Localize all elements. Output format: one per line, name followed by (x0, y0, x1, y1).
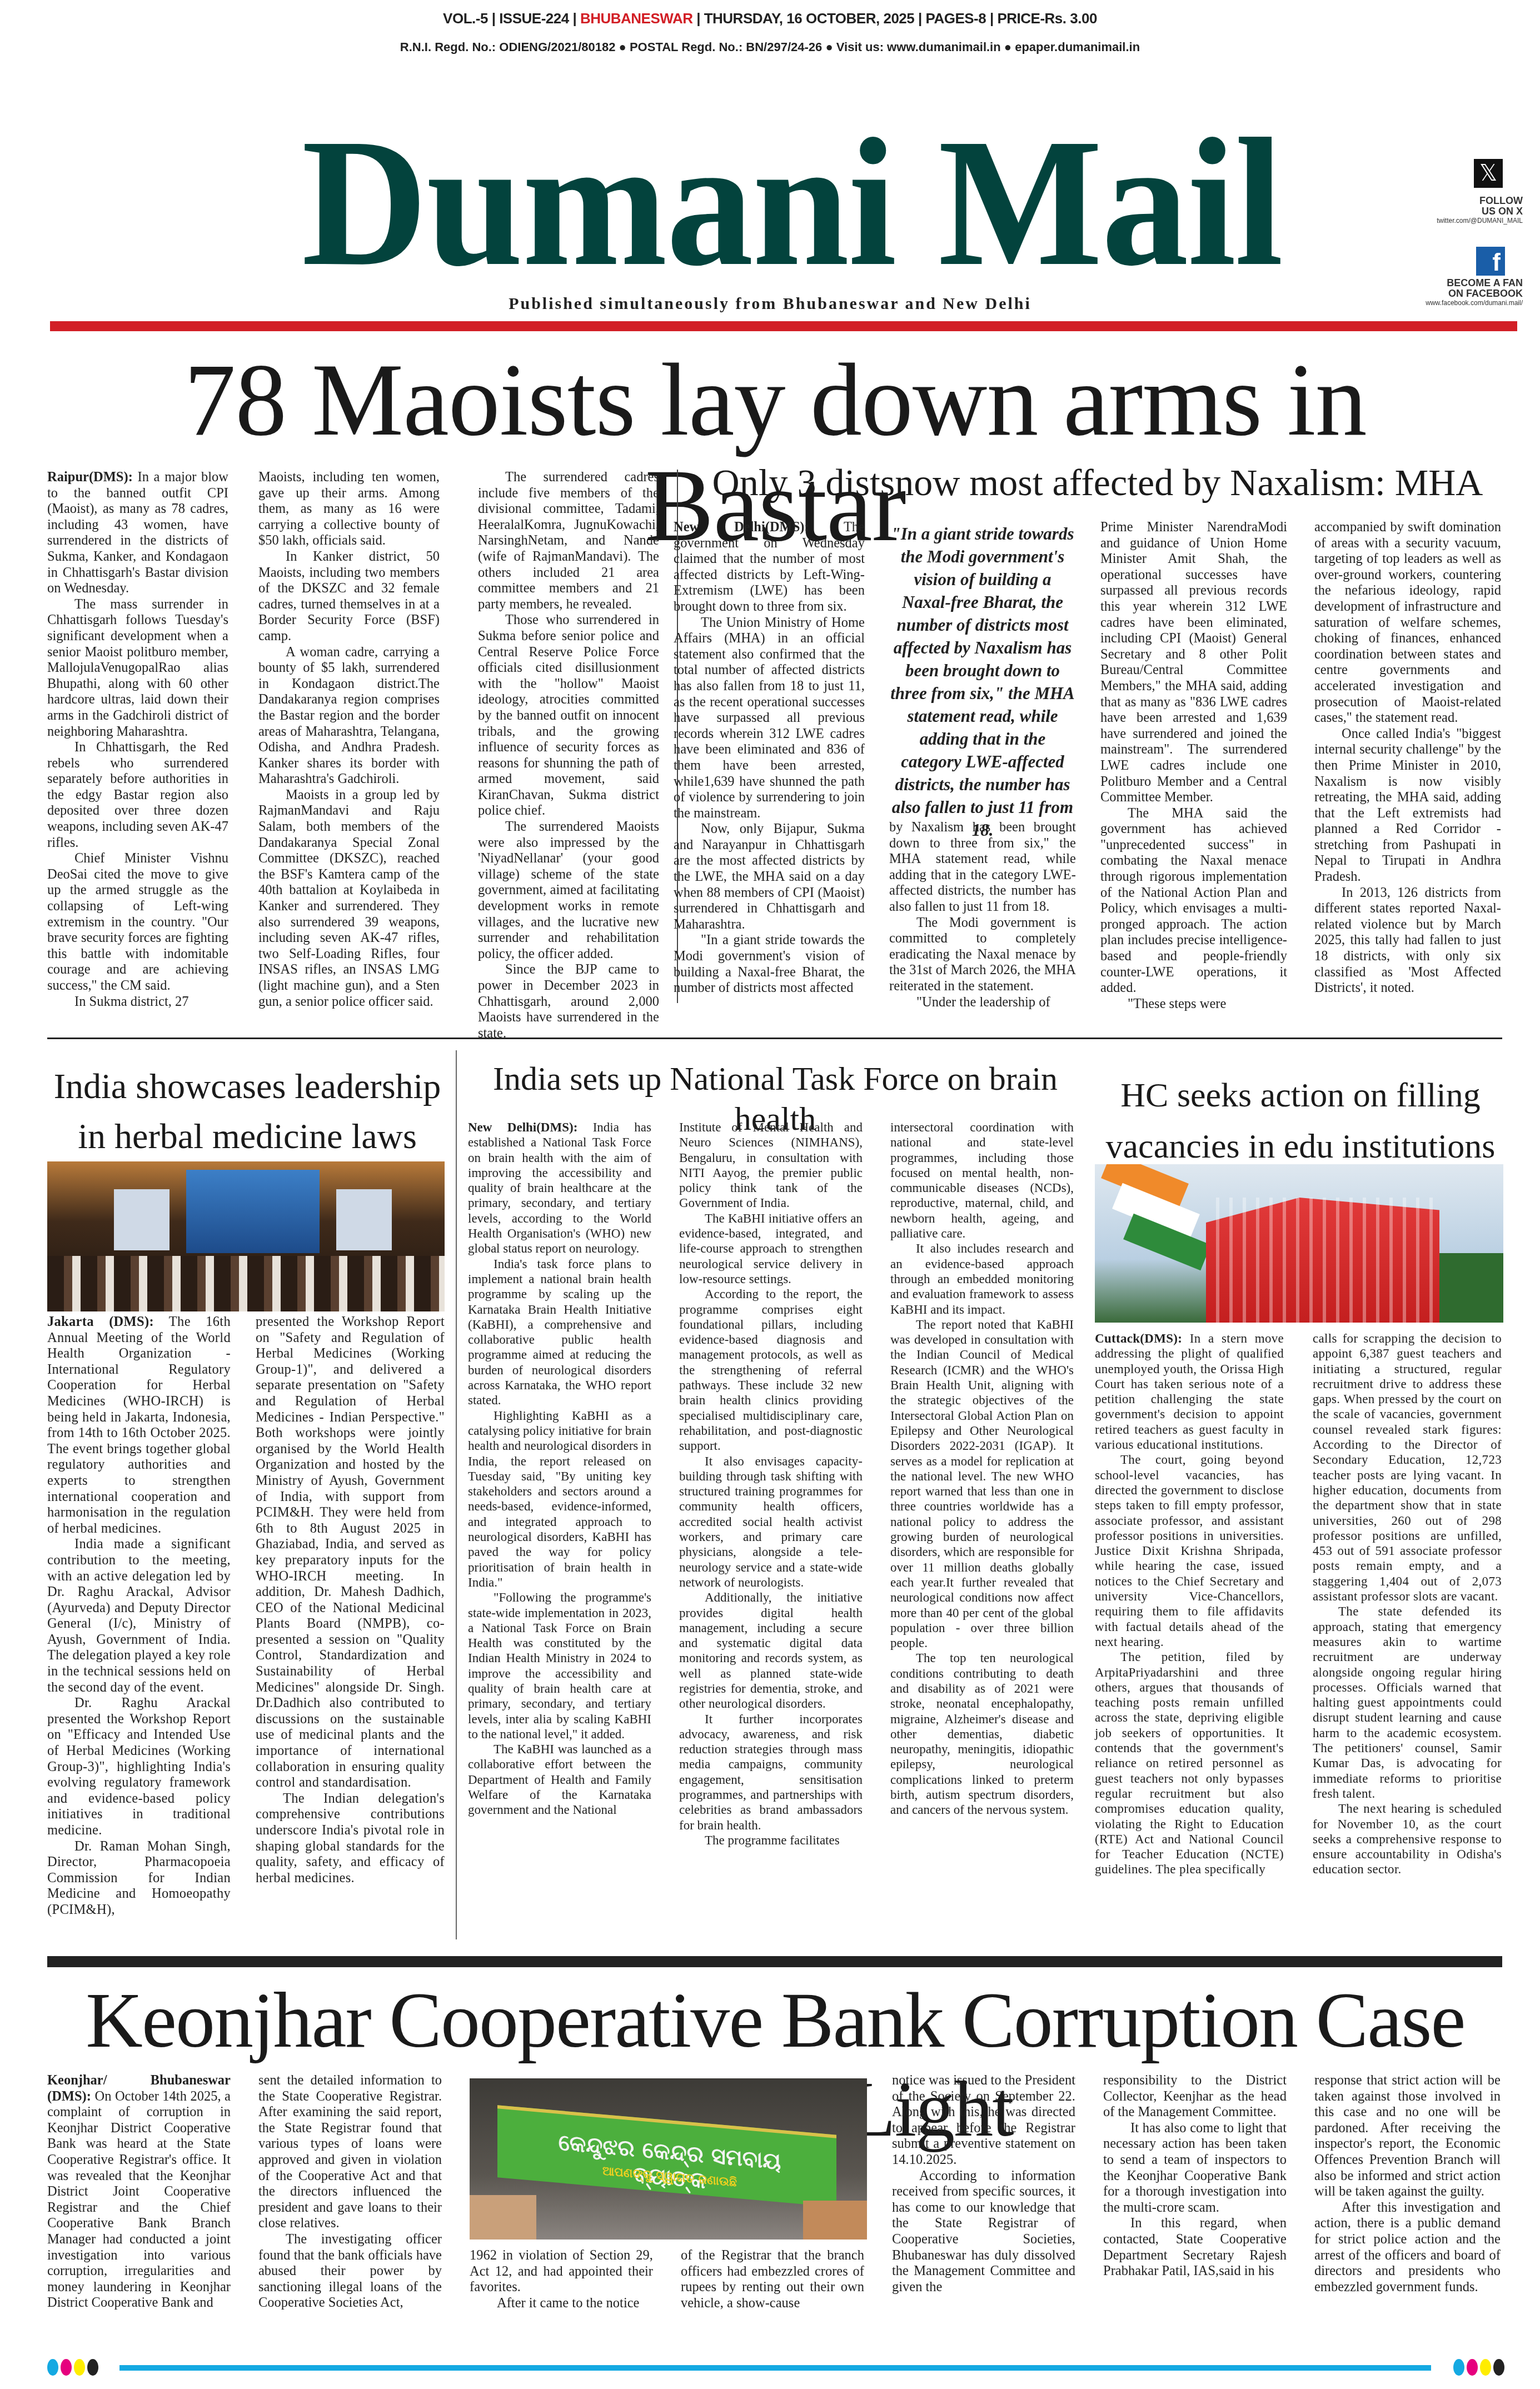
paragraph: responsibility to the District Collector… (1103, 2073, 1287, 2121)
paragraph: After this investigation and action, the… (1314, 2200, 1501, 2296)
paragraph-text: India made a significant contribution to… (47, 1537, 231, 1694)
paragraph: response that strict action will be take… (1314, 2073, 1501, 2200)
paragraph: Dr. Raghu Arackal presented the Workshop… (47, 1695, 231, 1838)
follow-x-label: FOLLOW (1412, 196, 1523, 206)
paragraph-text: It also includes research and an evidenc… (890, 1241, 1074, 1316)
paragraph: In this regard, when contacted, State Co… (1103, 2216, 1287, 2279)
dateline: New Delhi(DMS): (468, 1120, 577, 1134)
black-dot (87, 2359, 98, 2376)
dateline: Cuttack(DMS): (1095, 1331, 1182, 1345)
paragraph: Highlighting KaBHI as a catalysing polic… (468, 1408, 651, 1590)
paragraph: calls for scrapping the decision to appo… (1313, 1331, 1502, 1604)
paragraph-text: "Under the leadership of (916, 995, 1050, 1010)
paragraph-text: by Naxalism has been brought down to thr… (889, 820, 1076, 914)
paragraph: The Union Ministry of Home Affairs (MHA)… (674, 615, 865, 822)
issue-number: ISSUE-224 (499, 10, 569, 27)
paragraph: The next hearing is scheduled for Novemb… (1313, 1801, 1502, 1877)
lead-col-1: Raipur(DMS): In a major blow to the bann… (47, 470, 228, 1010)
paragraph-text: According to the report, the programme c… (679, 1287, 863, 1453)
fb-label: BECOME A FAN (1412, 278, 1523, 288)
paragraph-text: It further incorporates advocacy, awaren… (679, 1712, 863, 1832)
paragraph-text: response that strict action will be take… (1314, 2073, 1501, 2199)
brain-col-1: New Delhi(DMS): India has established a … (468, 1120, 651, 1818)
paragraph: The Modi government is committed to comp… (889, 915, 1076, 995)
bank-col-3: 1962 in violation of Section 29, Act 12,… (470, 2248, 653, 2311)
paragraph: The Indian delegation's comprehensive co… (256, 1791, 445, 1887)
mha-col-1: New Delhi(DMS): The government on Wednes… (674, 520, 865, 996)
paragraph: Those who surrendered in Sukma before se… (478, 612, 659, 819)
pull-quote: "In a giant stride towards the Modi gove… (888, 522, 1077, 841)
paragraph: It further incorporates advocacy, awaren… (679, 1712, 863, 1833)
issue-meta-line: VOL.-5 | ISSUE-224 | BHUBANESWAR | THURS… (0, 10, 1540, 27)
paragraph: India's task force plans to implement a … (468, 1256, 651, 1408)
paragraph-text: The surrendered Maoists were also impres… (478, 819, 659, 961)
paragraph: intersectoral coordination with national… (890, 1120, 1074, 1241)
paragraph-text: According to information received from s… (892, 2168, 1075, 2295)
paragraph: New Delhi(DMS): The government on Wednes… (674, 520, 865, 615)
paragraph-text: The KaBHI initiative offers an evidence-… (679, 1211, 863, 1286)
paragraph: The investigating officer found that the… (258, 2232, 442, 2311)
paragraph-text: "Following the programme's state-wide im… (468, 1590, 651, 1741)
edition-city: BHUBANESWAR (580, 10, 693, 27)
paragraph-text: The top ten neurological conditions cont… (890, 1651, 1074, 1817)
hc-headline: HC seeks action on filling vacancies in … (1098, 1070, 1503, 1172)
yellow-dot (1480, 2359, 1491, 2376)
page-count: PAGES-8 (926, 10, 986, 27)
paragraph-text: accompanied by swift domination of areas… (1314, 520, 1501, 725)
paragraph: Institute of Mental Health and Neuro Sci… (679, 1120, 863, 1211)
yellow-dot (74, 2359, 85, 2376)
brain-col-2: Institute of Mental Health and Neuro Sci… (679, 1120, 863, 1848)
paragraph: In Chhattisgarh, the Red rebels who surr… (47, 740, 228, 851)
paragraph-text: Dr. Raghu Arackal presented the Workshop… (47, 1695, 231, 1838)
paragraph-text: The Indian delegation's comprehensive co… (256, 1791, 445, 1886)
paragraph-text: In this regard, when contacted, State Co… (1103, 2216, 1287, 2278)
paragraph: sent the detailed information to the Sta… (258, 2073, 442, 2232)
paragraph: Cuttack(DMS): In a stern move addressing… (1095, 1331, 1284, 1452)
fb-label-2: ON FACEBOOK (1412, 288, 1523, 299)
paragraph: Since the BJP came to power in December … (478, 962, 659, 1041)
registration-marks-left (47, 2359, 98, 2376)
hc-col-2: calls for scrapping the decision to appo… (1313, 1331, 1502, 1877)
paragraph: Raipur(DMS): In a major blow to the bann… (47, 470, 228, 597)
volume: VOL.-5 (443, 10, 488, 27)
paragraph-text: Maoists in a group led by RajmanMandavi … (258, 787, 440, 1009)
paragraph: The state defended its approach, stating… (1313, 1604, 1502, 1801)
paragraph-text: The petition, filed by ArpitaPriyadarshi… (1095, 1650, 1284, 1876)
paragraph: The top ten neurological conditions cont… (890, 1650, 1074, 1817)
paragraph-text: The state defended its approach, stating… (1313, 1604, 1502, 1801)
paragraph-text: In a major blow to the banned outfit CPI… (47, 470, 228, 596)
high-court-photo (1095, 1164, 1503, 1323)
bank-col-4: of the Registrar that the branch officer… (681, 2248, 864, 2311)
bank-col-6: responsibility to the District Collector… (1103, 2073, 1287, 2280)
paragraph: Maoists in a group led by RajmanMandavi … (258, 787, 440, 1010)
paragraph: The report noted that KaBHI was develope… (890, 1317, 1074, 1651)
paragraph: 1962 in violation of Section 29, Act 12,… (470, 2248, 653, 2296)
paragraph-text: The investigating officer found that the… (258, 2232, 442, 2310)
facebook-logo-icon[interactable]: f (1476, 247, 1505, 276)
section-divider-thick (47, 1956, 1502, 1967)
cyan-dot (47, 2359, 58, 2376)
paragraph: "Under the leadership of (889, 995, 1076, 1011)
tagline: Published simultaneously from Bhubaneswa… (0, 295, 1540, 313)
paragraph-text: The surrendered cadres include five memb… (478, 470, 659, 612)
paragraph-text: intersectoral coordination with national… (890, 1120, 1074, 1240)
follow-on-x[interactable]: FOLLOW US ON X twitter.com/@DUMANI_MAIL (1412, 196, 1523, 225)
paragraph-text: It has also come to light that necessary… (1103, 2121, 1287, 2215)
follow-x-label-2: US ON X (1412, 206, 1523, 217)
paragraph: The surrendered Maoists were also impres… (478, 819, 659, 962)
paragraph-text: "In a giant stride towards the Modi gove… (674, 932, 865, 995)
paragraph: After it came to the notice (470, 2296, 653, 2312)
paragraph: According to information received from s… (892, 2168, 1075, 2296)
paragraph-text: presented the Workshop Report on "Safety… (256, 1314, 445, 1790)
mha-headline: Only 3 distsnow most affected by Naxalis… (681, 462, 1514, 502)
black-dot (1493, 2359, 1504, 2376)
paragraph-text: After this investigation and action, the… (1314, 2200, 1501, 2295)
paragraph-text: Once called India's "biggest internal se… (1314, 726, 1501, 884)
paragraph: The petition, filed by ArpitaPriyadarshi… (1095, 1649, 1284, 1877)
paragraph: by Naxalism has been brought down to thr… (889, 820, 1076, 915)
paragraph: According to the report, the programme c… (679, 1286, 863, 1453)
paragraph-text: of the Registrar that the branch officer… (681, 2248, 864, 2311)
hc-col-1: Cuttack(DMS): In a stern move addressing… (1095, 1331, 1284, 1877)
herbal-col-1: Jakarta (DMS): The 16th Annual Meeting o… (47, 1314, 231, 1918)
paragraph: accompanied by swift domination of areas… (1314, 520, 1501, 726)
paragraph: of the Registrar that the branch officer… (681, 2248, 864, 2311)
paragraph-text: Additionally, the initiative provides di… (679, 1590, 863, 1710)
paragraph-text: Now, only Bijapur, Sukma and Narayanpur … (674, 821, 865, 932)
paragraph-text: notice was issued to the President of th… (892, 2073, 1075, 2167)
paragraph-text: Highlighting KaBHI as a catalysing polic… (468, 1409, 651, 1589)
lead-col-2: Maoists, including ten women, gave up th… (258, 470, 440, 1010)
paragraph-text: Maoists, including ten women, gave up th… (258, 470, 440, 548)
paragraph-text: The Modi government is committed to comp… (889, 915, 1076, 994)
paragraph: Maoists, including ten women, gave up th… (258, 470, 440, 549)
paragraph: Once called India's "biggest internal se… (1314, 726, 1501, 885)
paragraph-text: After it came to the notice (497, 2296, 639, 2311)
paragraph-text: responsibility to the District Collector… (1103, 2073, 1287, 2119)
paragraph-text: Since the BJP came to power in December … (478, 962, 659, 1040)
herbal-col-2: presented the Workshop Report on "Safety… (256, 1314, 445, 1886)
paragraph-text: The 16th Annual Meeting of the World Hea… (47, 1314, 231, 1536)
paragraph-text: sent the detailed information to the Sta… (258, 2073, 442, 2231)
paragraph: It has also come to light that necessary… (1103, 2121, 1287, 2216)
paragraph-text: It also envisages capacity-building thro… (679, 1454, 863, 1589)
lead-col-3: The surrendered cadres include five memb… (478, 470, 659, 1041)
paragraph-text: India's task force plans to implement a … (468, 1257, 651, 1408)
paragraph-text: In Kanker district, 50 Maoists, includin… (258, 549, 440, 644)
mha-col-2: by Naxalism has been brought down to thr… (889, 820, 1076, 1010)
dateline: New Delhi(DMS): (674, 520, 809, 535)
paragraph-text: Chief Minister Vishnu DeoSai cited the m… (47, 851, 228, 993)
issue-date: THURSDAY, 16 OCTOBER, 2025 (704, 10, 915, 27)
paragraph: Chief Minister Vishnu DeoSai cited the m… (47, 851, 228, 994)
bank-col-7: response that strict action will be take… (1314, 2073, 1501, 2295)
masthead-divider (50, 321, 1517, 331)
paragraph-text: calls for scrapping the decision to appo… (1313, 1331, 1502, 1603)
paragraph: The surrendered cadres include five memb… (478, 470, 659, 612)
paragraph-text: The mass surrender in Chhattisgarh follo… (47, 597, 228, 739)
paragraph-text: India has established a National Task Fo… (468, 1120, 651, 1255)
x-logo-icon[interactable]: 𝕏 (1474, 159, 1503, 188)
paragraph: The KaBHI was launched as a collaborativ… (468, 1742, 651, 1817)
price: PRICE-Rs. 3.00 (997, 10, 1097, 27)
paragraph-text: The report noted that KaBHI was develope… (890, 1318, 1074, 1650)
paragraph: The MHA said the government has achieved… (1100, 806, 1287, 996)
paragraph: "Following the programme's state-wide im… (468, 1590, 651, 1742)
fb-handle: www.facebook.com/dumani.mail/ (1412, 299, 1523, 307)
x-handle: twitter.com/@DUMANI_MAIL (1412, 217, 1523, 225)
paragraph-text: The Union Ministry of Home Affairs (MHA)… (674, 615, 865, 821)
paragraph-text: 1962 in violation of Section 29, Act 12,… (470, 2248, 653, 2295)
paragraph-text: The court, going beyond school-level vac… (1095, 1453, 1284, 1649)
registration-marks-right (1453, 2359, 1504, 2376)
paragraph-text: The KaBHI was launched as a collaborativ… (468, 1742, 651, 1817)
paragraph: notice was issued to the President of th… (892, 2073, 1075, 2168)
section-divider (47, 1038, 1502, 1039)
magenta-dot (1467, 2359, 1478, 2376)
paragraph: "In a giant stride towards the Modi gove… (674, 932, 865, 996)
paragraph: Additionally, the initiative provides di… (679, 1590, 863, 1711)
paragraph-text: The next hearing is scheduled for Novemb… (1313, 1802, 1502, 1876)
paragraph: Prime Minister NarendraModi and guidance… (1100, 520, 1287, 806)
paragraph: In Kanker district, 50 Maoists, includin… (258, 549, 440, 645)
paragraph-text: Those who surrendered in Sukma before se… (478, 612, 659, 818)
follow-on-facebook[interactable]: BECOME A FAN ON FACEBOOK www.facebook.co… (1412, 278, 1523, 307)
paragraph-text: In 2013, 126 districts from different st… (1314, 885, 1501, 996)
paragraph-text: The programme facilitates (705, 1833, 840, 1847)
paragraph: Dr. Raman Mohan Singh, Director, Pharmac… (47, 1839, 231, 1918)
paragraph-text: In a stern move addressing the plight of… (1095, 1331, 1284, 1452)
paragraph: New Delhi(DMS): India has established a … (468, 1120, 651, 1256)
paragraph: It also envisages capacity-building thro… (679, 1454, 863, 1590)
paragraph: In 2013, 126 districts from different st… (1314, 885, 1501, 996)
paragraph: It also includes research and an evidenc… (890, 1241, 1074, 1316)
magenta-dot (61, 2359, 72, 2376)
mha-col-4: accompanied by swift domination of areas… (1314, 520, 1501, 996)
mha-col-3: Prime Minister NarendraModi and guidance… (1100, 520, 1287, 1012)
paragraph: A woman cadre, carrying a bounty of $5 l… (258, 645, 440, 787)
paragraph: The court, going beyond school-level vac… (1095, 1452, 1284, 1649)
newspaper-title: Dumani Mail (198, 111, 1386, 295)
paragraph: Keonjhar/ Bhubaneswar (DMS): On October … (47, 2073, 231, 2311)
paragraph-text: In Chhattisgarh, the Red rebels who surr… (47, 740, 228, 850)
column-rule (456, 1050, 457, 1939)
paragraph-text: Prime Minister NarendraModi and guidance… (1100, 520, 1287, 805)
dateline: Raipur(DMS): (47, 470, 133, 485)
brain-col-3: intersectoral coordination with national… (890, 1120, 1074, 1818)
paragraph-text: On October 14th 2025, a complaint of cor… (47, 2089, 231, 2311)
paragraph: India made a significant contribution to… (47, 1537, 231, 1695)
registration-line: R.N.I. Regd. No.: ODIENG/2021/80182 ● PO… (0, 40, 1540, 54)
bank-col-1: Keonjhar/ Bhubaneswar (DMS): On October … (47, 2073, 231, 2311)
paragraph-text: The MHA said the government has achieved… (1100, 806, 1287, 996)
paragraph-text: Dr. Raman Mohan Singh, Director, Pharmac… (47, 1839, 231, 1917)
paragraph: Now, only Bijapur, Sukma and Narayanpur … (674, 821, 865, 932)
paragraph: Jakarta (DMS): The 16th Annual Meeting o… (47, 1314, 231, 1537)
dateline: Jakarta (DMS): (47, 1314, 154, 1329)
footer-rule (119, 2365, 1431, 2371)
paragraph: The programme facilitates (679, 1833, 863, 1848)
bank-signboard-photo: କେନ୍ଦୁଝର କେନ୍ଦ୍ର ସମବାୟ ବ୍ୟାଙ୍କ ଆପଣଙ୍କୁ ସ… (470, 2078, 867, 2240)
conference-photo (47, 1161, 445, 1311)
paragraph: The KaBHI initiative offers an evidence-… (679, 1211, 863, 1286)
cyan-dot (1453, 2359, 1464, 2376)
paragraph: The mass surrender in Chhattisgarh follo… (47, 597, 228, 740)
paragraph-text: Institute of Mental Health and Neuro Sci… (679, 1120, 863, 1210)
paragraph-text: In Sukma district, 27 (74, 994, 189, 1009)
paragraph-text: "These steps were (1128, 996, 1226, 1011)
paragraph: presented the Workshop Report on "Safety… (256, 1314, 445, 1791)
paragraph-text: A woman cadre, carrying a bounty of $5 l… (258, 645, 440, 787)
bank-col-5: notice was issued to the President of th… (892, 2073, 1075, 2295)
herbal-headline: India showcases leadership in herbal med… (47, 1061, 447, 1161)
paragraph: "These steps were (1100, 996, 1287, 1013)
paragraph: In Sukma district, 27 (47, 994, 228, 1010)
bank-col-2: sent the detailed information to the Sta… (258, 2073, 442, 2311)
